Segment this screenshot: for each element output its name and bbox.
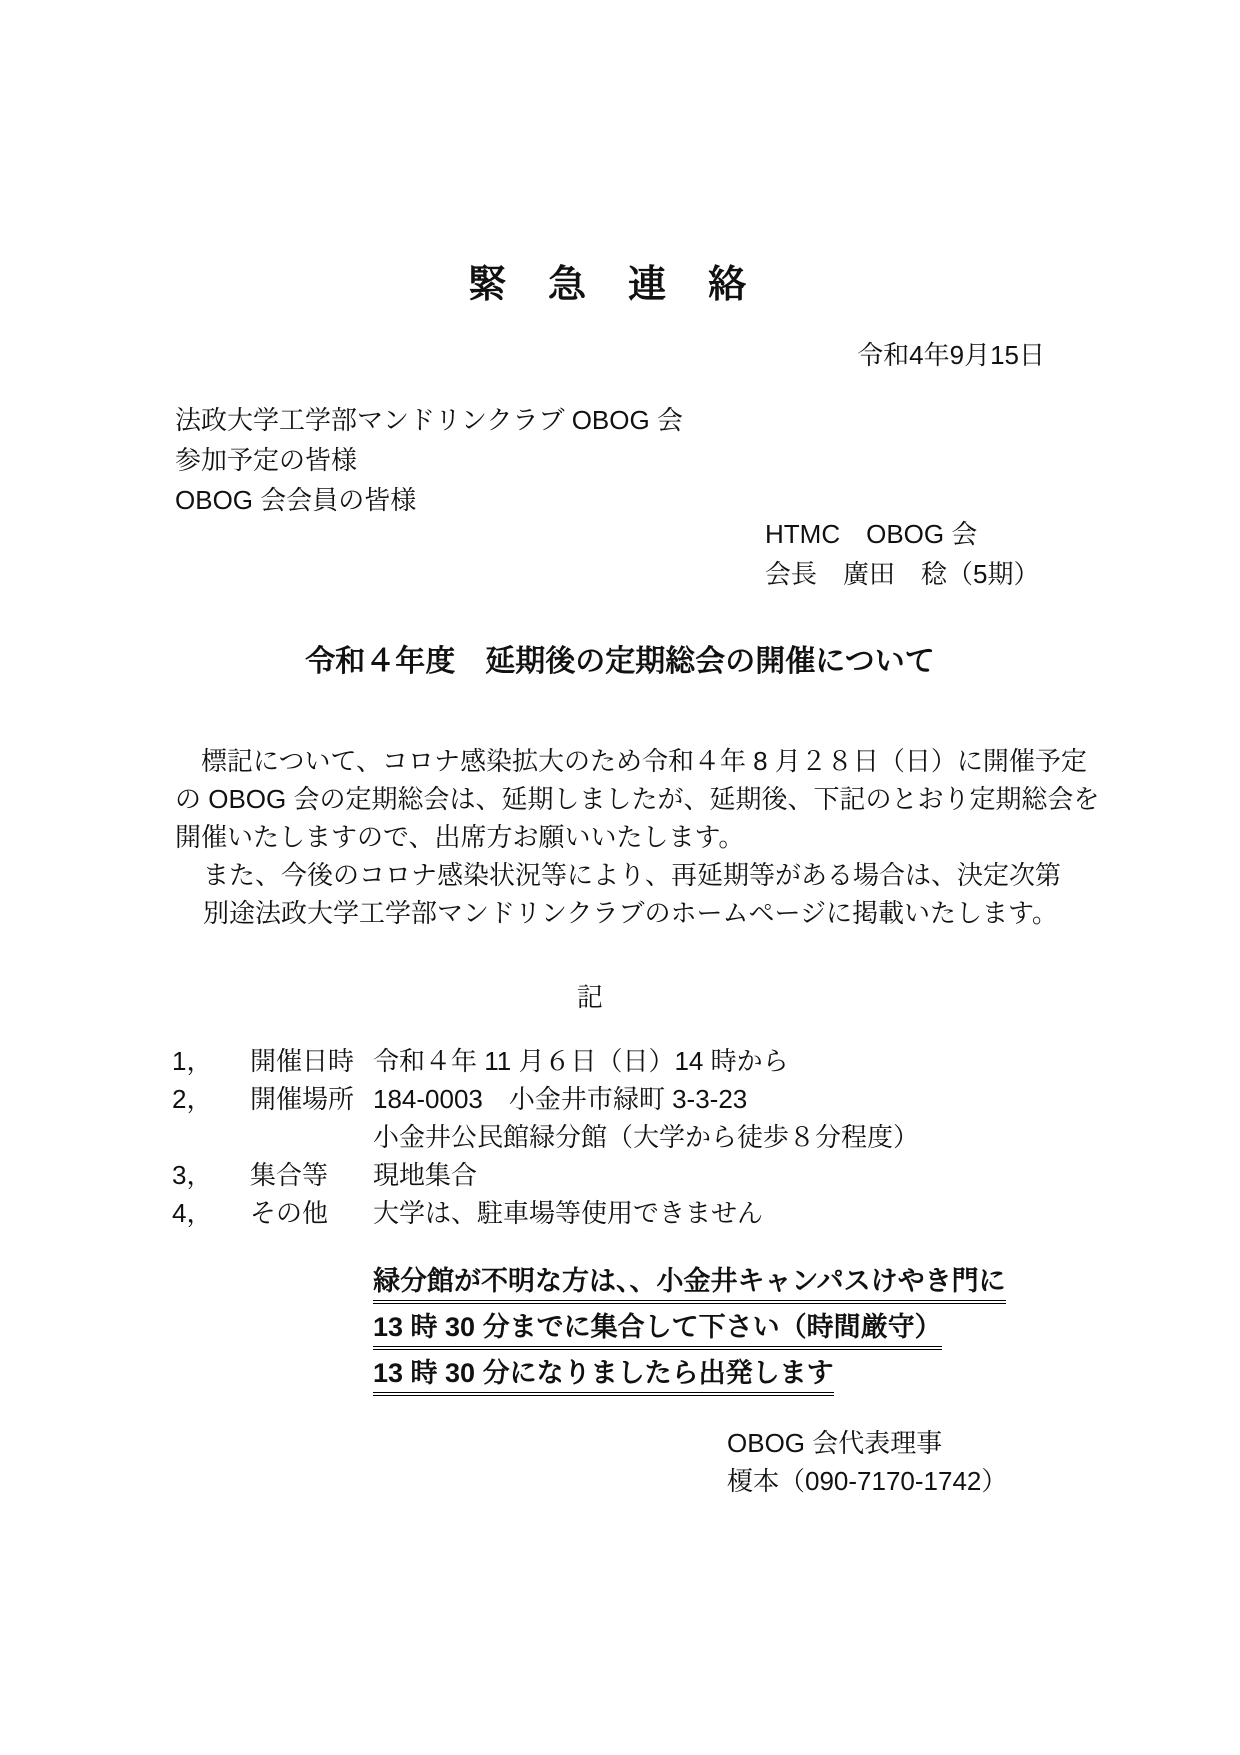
list-number: 4，: [172, 1194, 250, 1232]
list-item: 4，その他大学は、駐車場等使用できません: [0, 1194, 1240, 1232]
list-number: 2，: [172, 1080, 250, 1118]
list-number: 3，: [172, 1156, 250, 1194]
recipient-line: 参加予定の皆様: [175, 440, 1240, 480]
page-title: 緊 急 連 絡: [0, 262, 1240, 308]
footer-role: OBOG 会代表理事: [727, 1424, 1240, 1462]
notice-line: 緑分館が不明な方は、、小金井キャンパスけやき門に: [373, 1264, 1006, 1304]
list-value: 小金井公民館緑分館（大学から徒歩８分程度）: [373, 1122, 919, 1152]
body-line: の OBOG 会の定期総会は、延期しましたが、延期後、下記のとおり定期総会を: [175, 780, 1240, 818]
list-value: 大学は、駐車場等使用できません: [373, 1198, 763, 1228]
list-item-continuation: 小金井公民館緑分館（大学から徒歩８分程度）: [0, 1118, 1240, 1156]
list-label: その他: [250, 1194, 373, 1232]
details-list: 1，開催日時令和４年 11 月６日（日）14 時から 2，開催場所184-000…: [0, 1042, 1240, 1232]
list-label: 開催日時: [250, 1042, 373, 1080]
body-line: 別途法政大学工学部マンドリンクラブのホームページに掲載いたします。: [203, 894, 1240, 932]
list-label: 集合等: [250, 1156, 373, 1194]
list-label: 開催場所: [250, 1080, 373, 1118]
sender-person: 会長 廣田 稔（5期）: [765, 554, 1240, 594]
list-item: 3，集合等現地集合: [0, 1156, 1240, 1194]
document-page: 緊 急 連 絡 令和4年9月15日 法政大学工学部マンドリンクラブ OBOG 会…: [0, 0, 1240, 1755]
signature-block: OBOG 会代表理事 榎本（090-7170-1742）: [727, 1424, 1240, 1500]
sender-block: HTMC OBOG 会 会長 廣田 稔（5期）: [765, 514, 1240, 594]
issue-date: 令和4年9月15日: [0, 336, 1240, 374]
list-item: 1，開催日時令和４年 11 月６日（日）14 時から: [0, 1042, 1240, 1080]
list-value: 令和４年 11 月６日（日）14 時から: [373, 1046, 789, 1076]
notice-line: 13 時 30 分になりましたら出発します: [373, 1356, 834, 1396]
body-paragraph-2: また、今後のコロナ感染状況等により、再延期等がある場合は、決定次第 別途法政大学…: [203, 856, 1240, 932]
record-marker: 記: [0, 978, 1240, 1016]
body-line: 標記について、コロナ感染拡大のため令和４年 8 月２８日（日）に開催予定: [175, 742, 1240, 780]
recipient-line: 法政大学工学部マンドリンクラブ OBOG 会: [175, 400, 1240, 440]
notice-row: 緑分館が不明な方は、、小金井キャンパスけやき門に: [373, 1264, 1240, 1304]
sender-org: HTMC OBOG 会: [765, 514, 1240, 554]
body-line: また、今後のコロナ感染状況等により、再延期等がある場合は、決定次第: [203, 856, 1240, 894]
notice-row: 13 時 30 分までに集合して下さい（時間厳守）: [373, 1310, 1240, 1350]
emphasized-notice: 緑分館が不明な方は、、小金井キャンパスけやき門に 13 時 30 分までに集合し…: [373, 1264, 1240, 1396]
list-item: 2，開催場所184-0003 小金井市緑町 3-3-23: [0, 1080, 1240, 1118]
notice-line: 13 時 30 分までに集合して下さい（時間厳守）: [373, 1310, 942, 1350]
recipients-block: 法政大学工学部マンドリンクラブ OBOG 会 参加予定の皆様 OBOG 会会員の…: [175, 400, 1240, 520]
notice-row: 13 時 30 分になりましたら出発します: [373, 1356, 1240, 1396]
body-line: 開催いたしますので、出席方お願いいたします。: [175, 818, 1240, 856]
subject-heading: 令和４年度 延期後の定期総会の開催について: [0, 642, 1240, 682]
list-value: 現地集合: [373, 1160, 477, 1190]
footer-contact: 榎本（090-7170-1742）: [727, 1462, 1240, 1500]
body-paragraph-1: 標記について、コロナ感染拡大のため令和４年 8 月２８日（日）に開催予定 の O…: [175, 742, 1240, 856]
list-number: 1，: [172, 1042, 250, 1080]
list-value: 184-0003 小金井市緑町 3-3-23: [373, 1084, 747, 1114]
